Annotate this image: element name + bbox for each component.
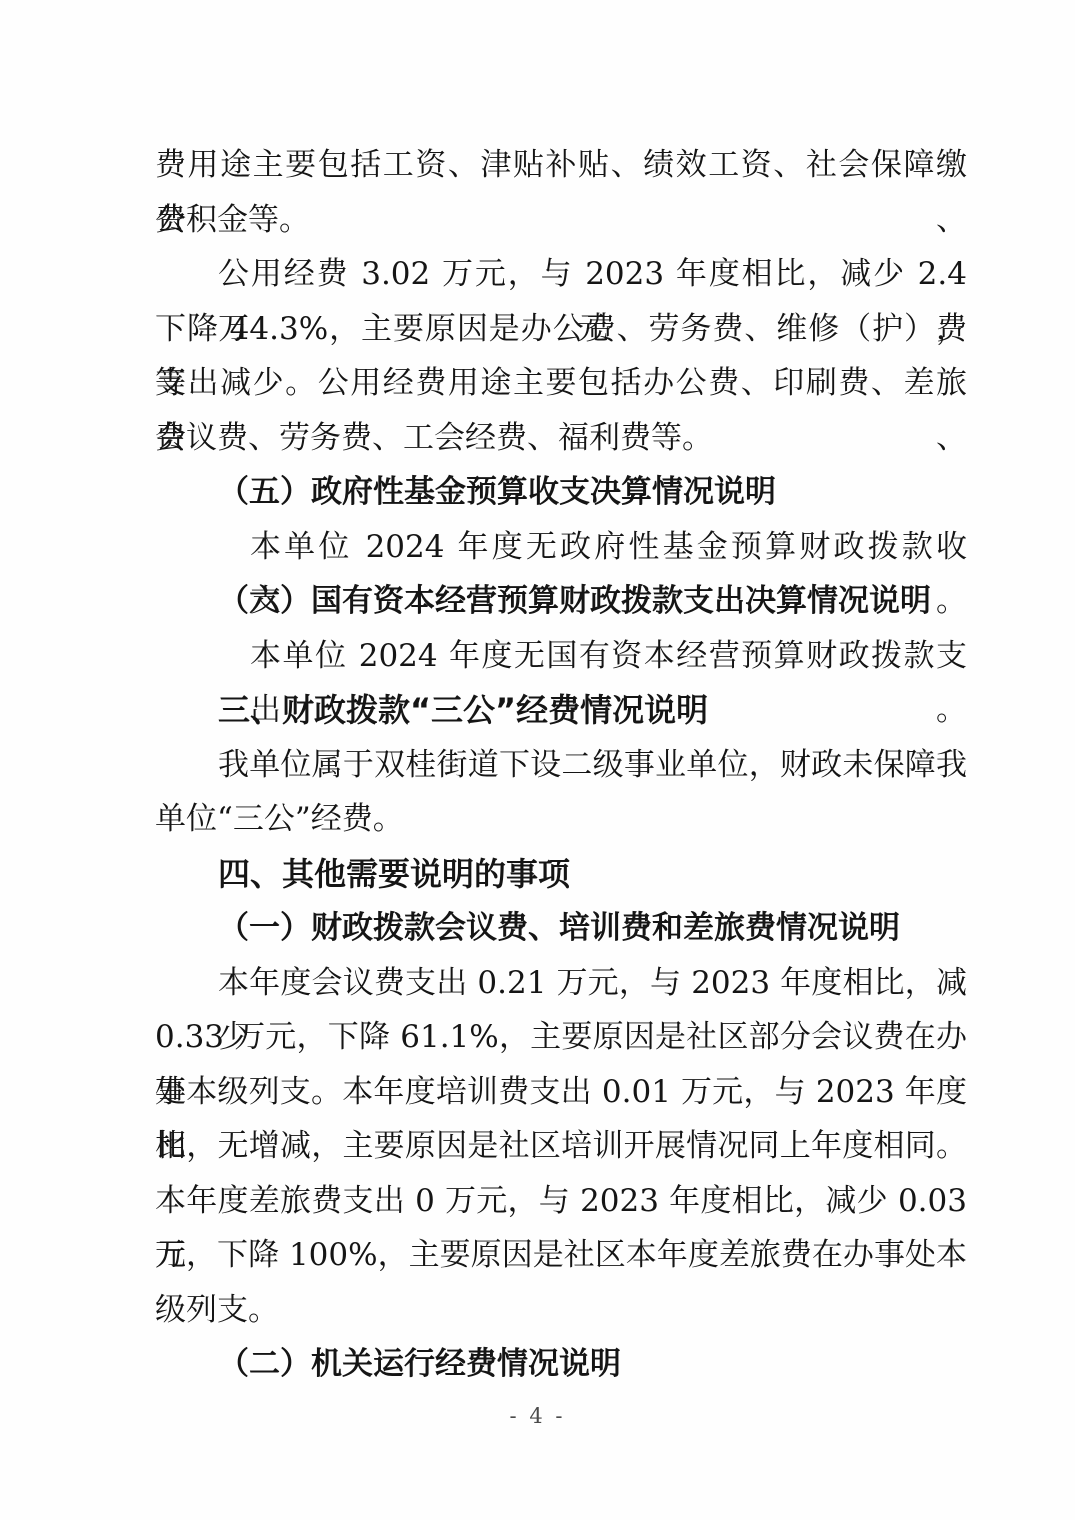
text-line: 本单位 2024 年度无国有资本经营预算财政拨款支出。 xyxy=(155,629,967,684)
text-line: 下降 44.3%，主要原因是办公费、劳务费、维修（护）费等 xyxy=(155,302,967,357)
text-line: 支出减少。公用经费用途主要包括办公费、印刷费、差旅费、 xyxy=(155,356,967,411)
text-line: 比，无增减，主要原因是社区培训开展情况同上年度相同。 xyxy=(155,1119,967,1174)
text-line: 本单位 2024 年度无政府性基金预算财政拨款收支。 xyxy=(155,520,967,575)
document-page: 费用途主要包括工资、津贴补贴、绩效工资、社会保障缴费、公积金等。公用经费 3.0… xyxy=(0,0,1075,1520)
heading-line: （六）国有资本经营预算财政拨款支出决算情况说明 xyxy=(155,574,967,629)
heading-line: 四、其他需要说明的事项 xyxy=(155,847,967,902)
text-line: 级列支。 xyxy=(155,1283,967,1338)
text-line: 0.33 万元，下降 61.1%，主要原因是社区部分会议费在办事 xyxy=(155,1010,967,1065)
heading-line: （二）机关运行经费情况说明 xyxy=(155,1337,967,1392)
text-line: 元，下降 100%，主要原因是社区本年度差旅费在办事处本 xyxy=(155,1228,967,1283)
text-line: 本年度差旅费支出 0 万元，与 2023 年度相比，减少 0.03 万 xyxy=(155,1174,967,1229)
heading-line: （五）政府性基金预算收支决算情况说明 xyxy=(155,465,967,520)
text-line: 公用经费 3.02 万元，与 2023 年度相比，减少 2.4 万元， xyxy=(155,247,967,302)
text-line: 处本级列支。本年度培训费支出 0.01 万元，与 2023 年度相 xyxy=(155,1065,967,1120)
page-number: - 4 - xyxy=(0,1400,1075,1432)
text-line: 我单位属于双桂街道下设二级事业单位，财政未保障我 xyxy=(155,738,967,793)
text-line: 本年度会议费支出 0.21 万元，与 2023 年度相比，减少 xyxy=(155,956,967,1011)
content: 费用途主要包括工资、津贴补贴、绩效工资、社会保障缴费、公积金等。公用经费 3.0… xyxy=(155,138,967,1392)
heading-line: （一）财政拨款会议费、培训费和差旅费情况说明 xyxy=(155,901,967,956)
text-line: 费用途主要包括工资、津贴补贴、绩效工资、社会保障缴费、 xyxy=(155,138,967,193)
text-line: 单位“三公”经费。 xyxy=(155,792,967,847)
